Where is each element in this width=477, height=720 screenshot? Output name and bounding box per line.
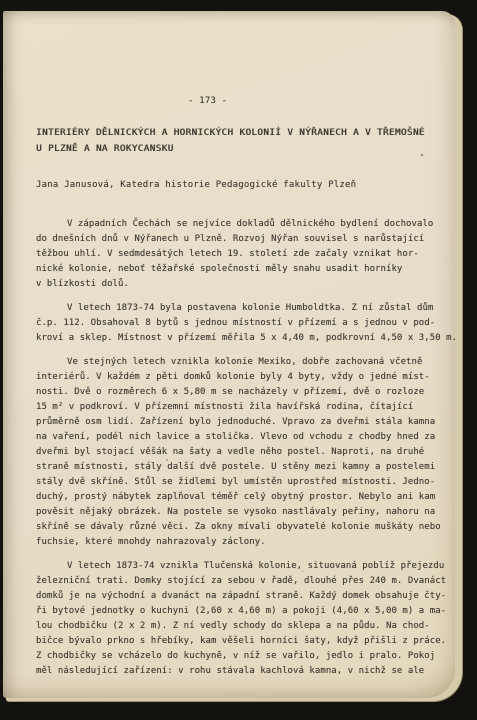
- paragraph-4: V letech 1873-74 vznikla Tlučenská kolon…: [36, 559, 449, 679]
- page-number: - 173 -: [188, 95, 449, 107]
- book-page: - 173 - INTERIÉRY DĚLNICKÝCH A HORNICKÝC…: [3, 11, 455, 698]
- article-title: INTERIÉRY DĚLNICKÝCH A HORNICKÝCH KOLONI…: [36, 125, 449, 157]
- paragraph-2: V letech 1873-74 byla postavena kolonie …: [36, 301, 449, 346]
- paragraph-3: Ve stejných letech vznikla kolonie Mexik…: [36, 355, 449, 550]
- author-line: Jana Janusová, Katedra historie Pedagogi…: [36, 178, 449, 193]
- paragraph-1: V západních Čechách se nejvíce dokladů d…: [36, 217, 449, 292]
- page-content: - 173 - INTERIÉRY DĚLNICKÝCH A HORNICKÝC…: [3, 11, 455, 679]
- article-body: V západních Čechách se nejvíce dokladů d…: [36, 217, 449, 679]
- scanned-book-photo: - 173 - INTERIÉRY DĚLNICKÝCH A HORNICKÝC…: [0, 0, 477, 720]
